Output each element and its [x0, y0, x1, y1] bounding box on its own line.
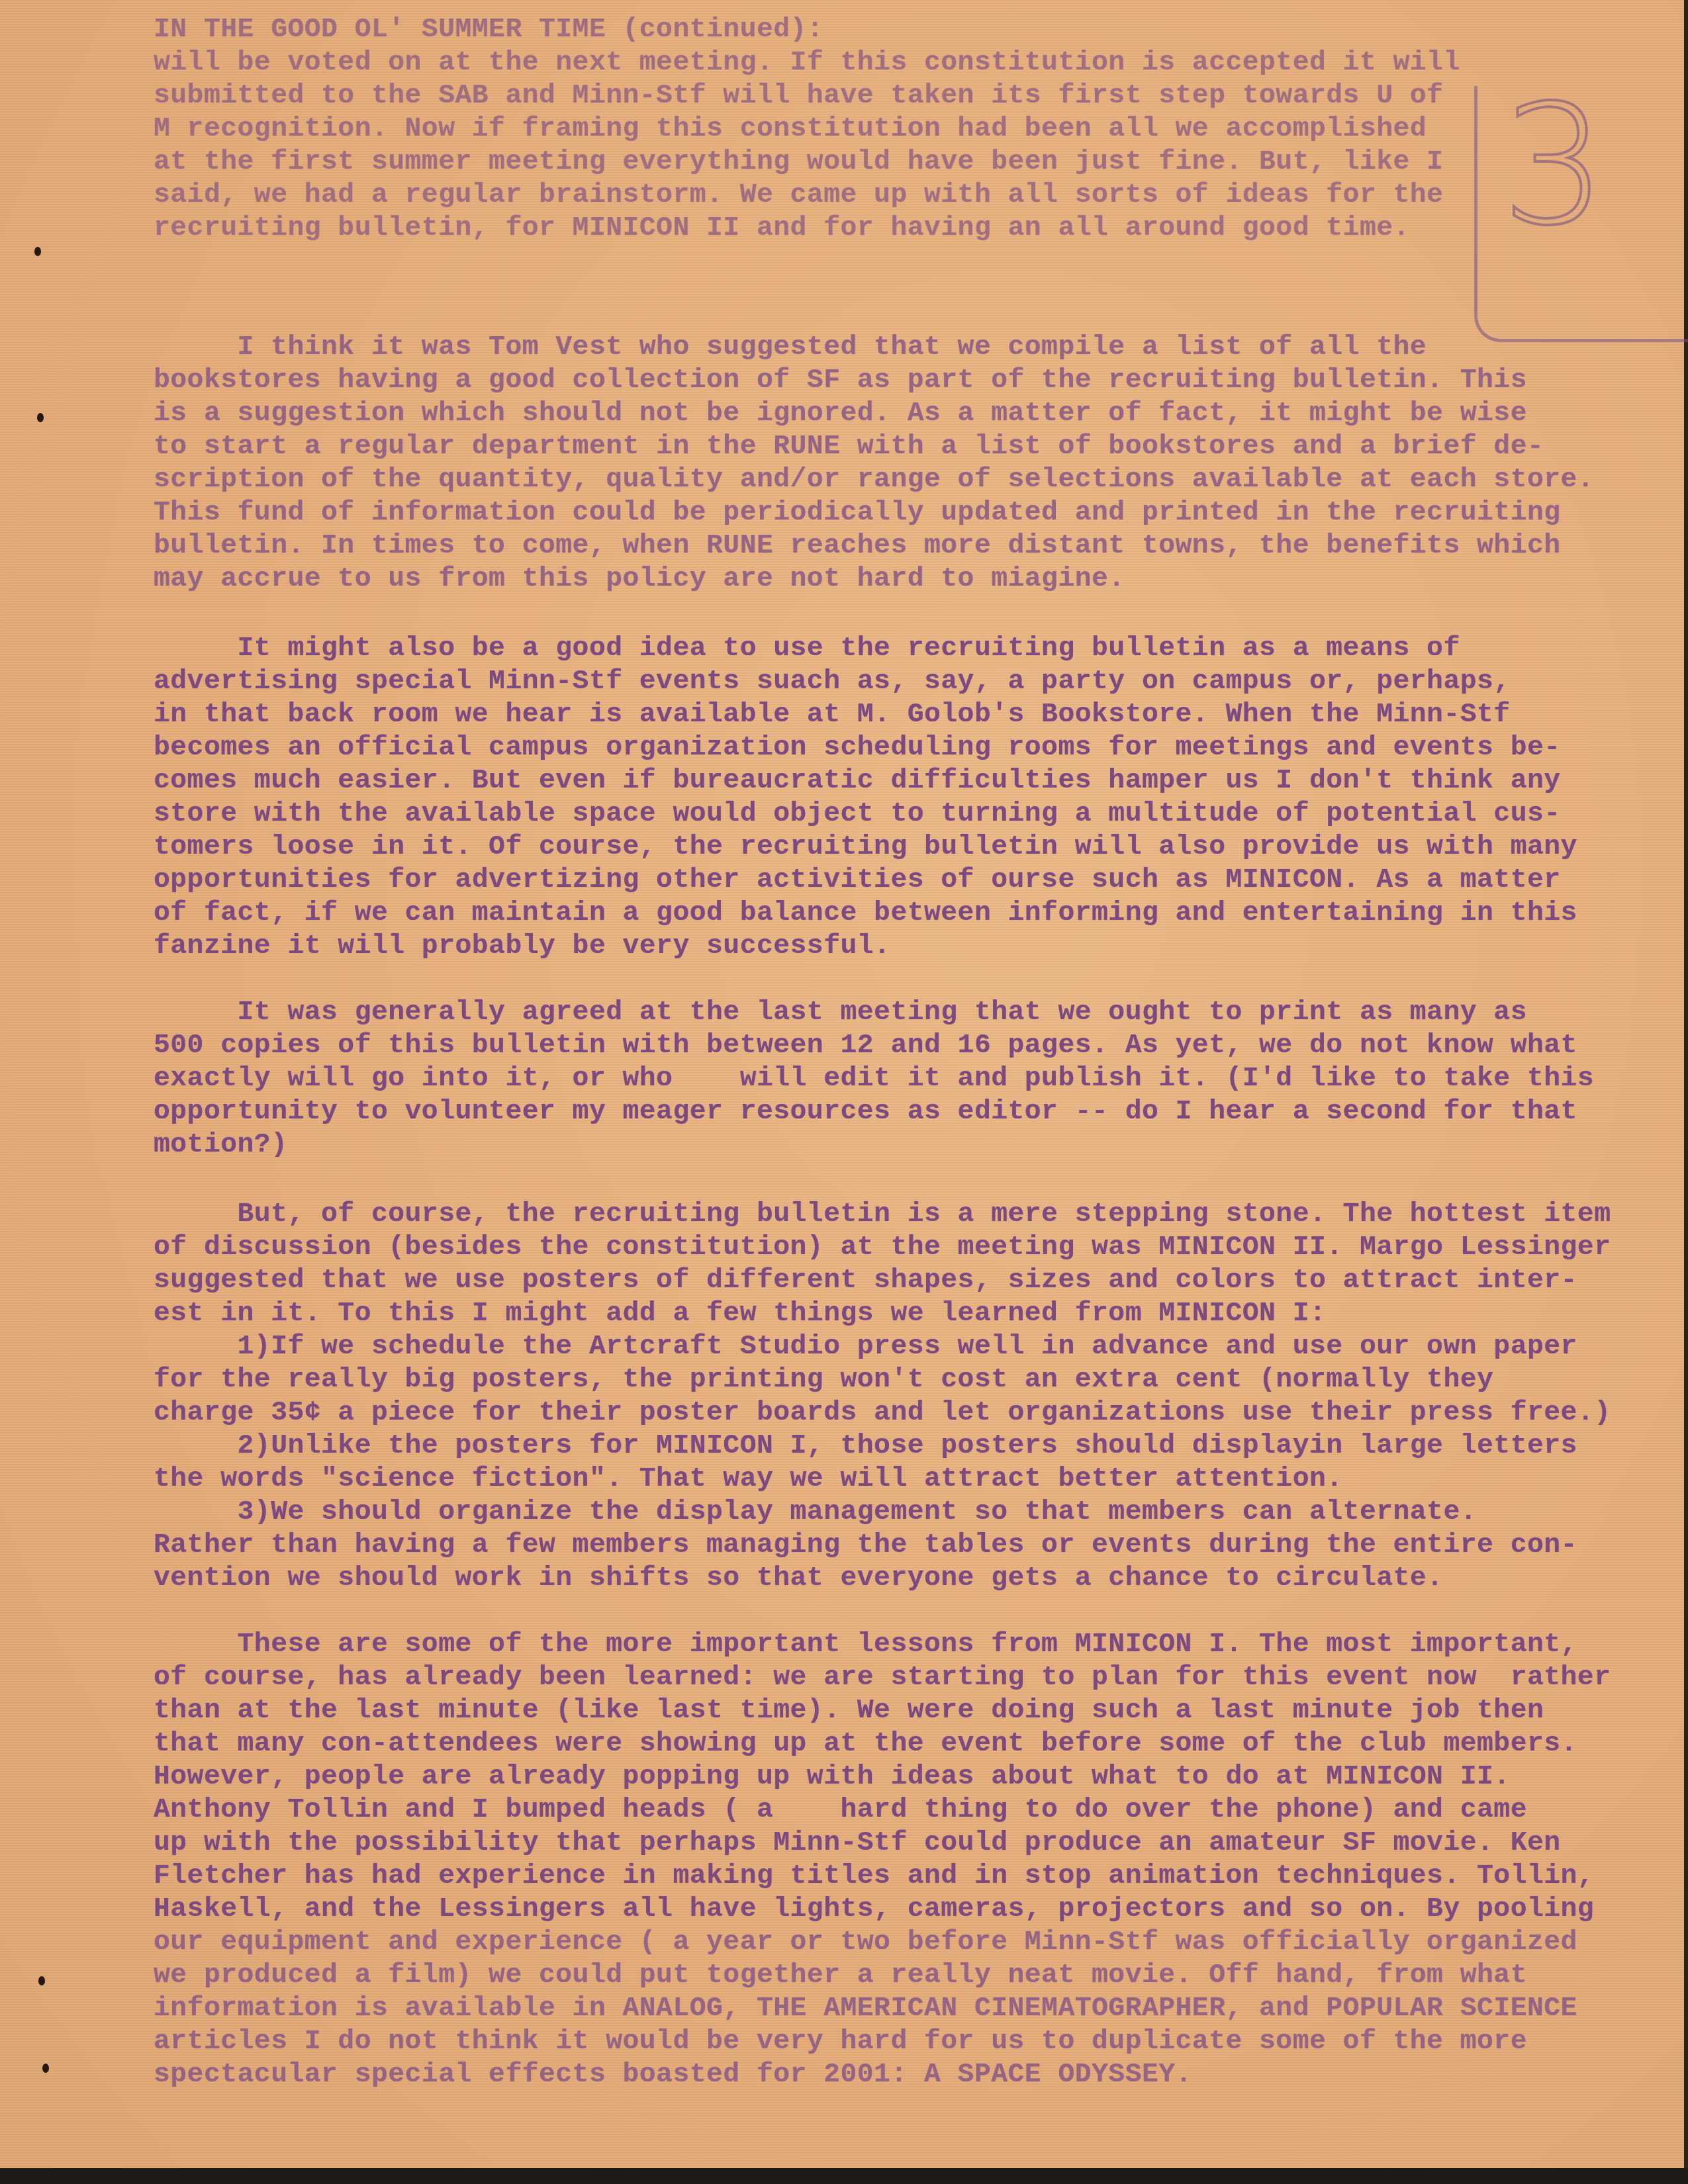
text-line: submitted to the SAB and Minn-Stf will h… — [154, 79, 1443, 113]
text-line: scription of the quantity, quality and/o… — [154, 463, 1594, 496]
text-line: to start a regular department in the RUN… — [154, 430, 1544, 463]
text-line: charge 35¢ a piece for their poster boar… — [154, 1396, 1611, 1430]
text-line: opportunity to volunteer my meager resou… — [154, 1095, 1577, 1128]
page-number: 3 — [1501, 79, 1607, 251]
text-line: Anthony Tollin and I bumped heads ( a ha… — [154, 1794, 1527, 1827]
binding-hole-mark — [42, 2064, 49, 2073]
text-line: becomes an official campus organization … — [154, 731, 1561, 764]
binding-hole-mark — [37, 413, 44, 422]
text-line: Rather than having a few members managin… — [154, 1529, 1577, 1562]
text-line: that many con-attendees were showing up … — [154, 1727, 1577, 1760]
text-line: recruiting bulletin, for MINICON II and … — [154, 212, 1410, 245]
binding-hole-mark — [38, 1976, 45, 1985]
text-line: bulletin. In times to come, when RUNE re… — [154, 529, 1561, 563]
text-line: spectacular special effects boasted for … — [154, 2058, 1192, 2091]
text-line: Haskell, and the Lessingers all have lig… — [154, 1893, 1594, 1926]
text-line: suggested that we use posters of differe… — [154, 1264, 1577, 1297]
text-line: store with the available space would obj… — [154, 797, 1561, 831]
page-heading: IN THE GOOD OL' SUMMER TIME (continued): — [154, 13, 823, 46]
text-line: It was generally agreed at the last meet… — [154, 996, 1527, 1029]
text-line: M recognition. Now if framing this const… — [154, 113, 1427, 146]
text-line: I think it was Tom Vest who suggested th… — [154, 331, 1427, 364]
text-line: for the really big posters, the printing… — [154, 1363, 1493, 1396]
text-line: 3)We should organize the display managem… — [154, 1496, 1477, 1529]
text-line: said, we had a regular brainstorm. We ca… — [154, 179, 1443, 212]
text-line: This fund of information could be period… — [154, 496, 1561, 529]
text-line: est in it. To this I might add a few thi… — [154, 1297, 1326, 1330]
text-line: These are some of the more important les… — [154, 1628, 1577, 1661]
text-line: is a suggestion which should not be igno… — [154, 397, 1527, 430]
text-line: than at the last minute (like last time)… — [154, 1694, 1544, 1727]
text-line: comes much easier. But even if bureaucra… — [154, 764, 1561, 797]
text-line: 1)If we schedule the Artcraft Studio pre… — [154, 1330, 1577, 1363]
text-line: But, of course, the recruiting bulletin … — [154, 1198, 1611, 1231]
text-line: we produced a film) we could put togethe… — [154, 1959, 1527, 1992]
text-line: up with the possibility that perhaps Min… — [154, 1827, 1561, 1860]
text-line: will be voted on at the next meeting. If… — [154, 46, 1460, 79]
text-line: However, people are already popping up w… — [154, 1760, 1511, 1794]
text-line: tomers loose in it. Of course, the recru… — [154, 831, 1577, 864]
text-line: of course, has already been learned: we … — [154, 1661, 1611, 1694]
text-line: of fact, if we can maintain a good balan… — [154, 897, 1577, 930]
text-line: of discussion (besides the constitution)… — [154, 1231, 1611, 1264]
text-line: vention we should work in shifts so that… — [154, 1562, 1443, 1595]
scan-edge-bottom — [0, 2168, 1688, 2184]
text-line: may accrue to us from this policy are no… — [154, 563, 1125, 596]
binding-hole-mark — [34, 247, 41, 256]
text-line: the words "science fiction". That way we… — [154, 1463, 1343, 1496]
text-line: information is available in ANALOG, THE … — [154, 1992, 1577, 2025]
text-line: exactly will go into it, or who will edi… — [154, 1062, 1594, 1095]
text-line: opportunities for advertizing other acti… — [154, 864, 1561, 897]
text-line: bookstores having a good collection of S… — [154, 364, 1527, 397]
text-line: It might also be a good idea to use the … — [154, 632, 1460, 665]
text-line: 2)Unlike the posters for MINICON I, thos… — [154, 1430, 1577, 1463]
text-line: at the first summer meeting everything w… — [154, 146, 1443, 179]
text-line: in that back room we hear is available a… — [154, 698, 1511, 731]
text-line: motion?) — [154, 1128, 287, 1161]
text-line: Fletcher has had experience in making ti… — [154, 1860, 1594, 1893]
text-line: our equipment and experience ( a year or… — [154, 1926, 1577, 1959]
text-line: advertising special Minn-Stf events suac… — [154, 665, 1511, 698]
text-line: fanzine it will probably be very success… — [154, 930, 890, 963]
text-line: 500 copies of this bulletin with between… — [154, 1029, 1577, 1062]
text-line: articles I do not think it would be very… — [154, 2025, 1527, 2058]
